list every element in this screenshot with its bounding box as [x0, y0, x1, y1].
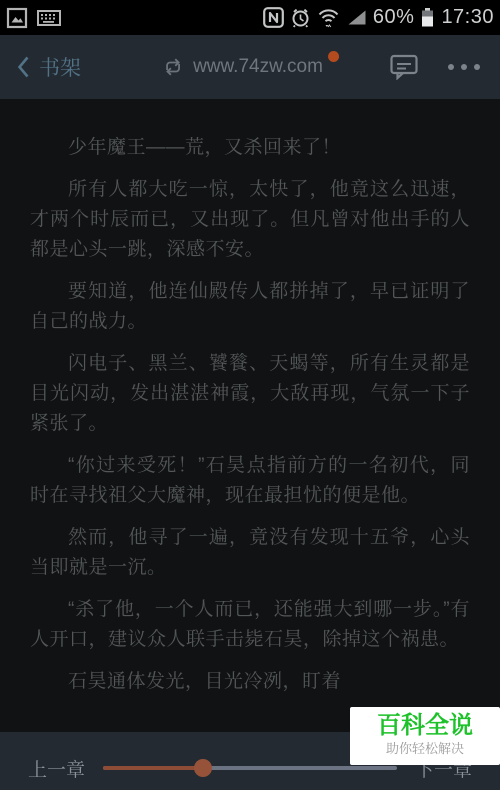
- paragraph: 然而，他寻了一遍，竟没有发现十五爷，心头当即就是一沉。: [30, 523, 470, 583]
- url-bar[interactable]: www.74zw.com: [161, 35, 339, 99]
- comment-bubble-icon: [390, 54, 418, 80]
- battery-icon: [420, 7, 435, 28]
- watermark-title: 百科全说: [350, 712, 500, 740]
- clock: 17:30: [441, 6, 494, 29]
- chevron-left-icon: [16, 55, 30, 79]
- prev-chapter-button[interactable]: 上一章: [28, 755, 85, 782]
- alarm-icon: [290, 7, 311, 28]
- more-menu-button[interactable]: [442, 58, 486, 76]
- browser-toolbar: 书架 www.74zw.com: [0, 35, 500, 99]
- refresh-sync-icon: [161, 56, 185, 78]
- paragraph: 石昊通体发光，目光冷冽，盯着: [30, 667, 470, 697]
- comments-button[interactable]: [386, 50, 422, 84]
- keyboard-icon: [37, 9, 61, 27]
- paragraph: 少年魔王——荒，又杀回来了！: [30, 133, 470, 163]
- signal-icon: [346, 9, 367, 26]
- slider-fill: [103, 766, 203, 770]
- paragraph: “杀了他，一个人而已，还能强大到哪一步。”有人开口，建议众人联手击毙石昊，除掉这…: [30, 595, 470, 655]
- paragraph: “你过来受死！”石昊点指前方的一名初代，同时在寻找祖父大魔神，现在最担忧的便是他…: [30, 451, 470, 511]
- slider-handle[interactable]: [194, 759, 212, 777]
- reader-content[interactable]: 少年魔王——荒，又杀回来了！ 所有人都大吃一惊，太快了，他竟这么迅速，才两个时辰…: [0, 99, 500, 732]
- more-dots-icon: [446, 62, 482, 72]
- nfc-icon: [263, 7, 284, 28]
- status-bar: 60% 17:30: [0, 0, 500, 35]
- notification-dot: [328, 51, 339, 62]
- wifi-icon: [317, 8, 340, 28]
- paragraph: 所有人都大吃一惊，太快了，他竟这么迅速，才两个时辰而已，又出现了。但凡曾对他出手…: [30, 175, 470, 265]
- watermark-subtitle: 助你轻松解决: [350, 740, 500, 758]
- paragraph: 要知道，他连仙殿传人都拼掉了，早已证明了自己的战力。: [30, 277, 470, 337]
- back-label: 书架: [39, 52, 81, 82]
- url-text: www.74zw.com: [193, 56, 323, 78]
- back-to-bookshelf-button[interactable]: 书架: [16, 35, 81, 99]
- battery-percent: 60%: [373, 6, 415, 29]
- paragraph: 闪电子、黑兰、饕餮、天蝎等，所有生灵都是目光闪动，发出湛湛神霞，大敌再现，气氛一…: [30, 349, 470, 439]
- watermark-overlay: 百科全说 助你轻松解决: [350, 707, 500, 765]
- screenshot-icon: [6, 7, 28, 29]
